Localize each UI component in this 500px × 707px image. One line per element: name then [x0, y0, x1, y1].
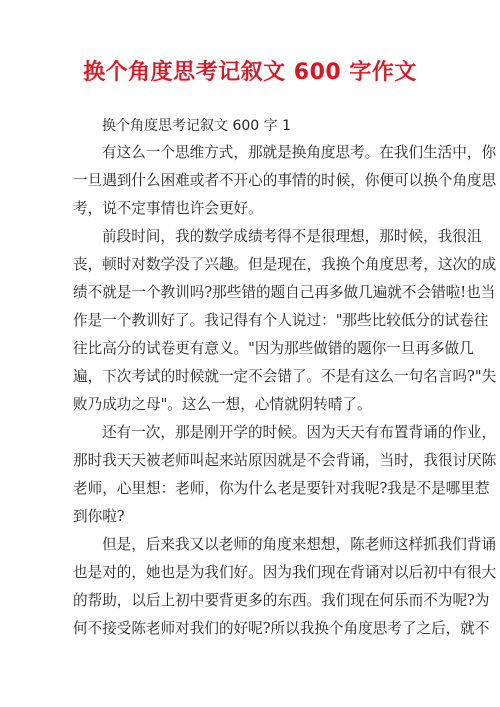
document-title: 换个角度思考记叙文 600 字作文 — [0, 55, 500, 86]
paragraph-2: 前段时间，我的数学成绩考得不是很理想，那时候，我很沮 丧，顿时对数学没了兴趣。但… — [73, 223, 435, 419]
text-line: 前段时间，我的数学成绩考得不是很理想，那时候，我很沮 — [73, 223, 435, 251]
text-line: 败乃成功之母"。这么一想，心情就阴转晴了。 — [73, 391, 435, 419]
text-line: 但是，后来我又以老师的角度来想想，陈老师这样抓我们背诵 — [73, 531, 435, 559]
text-line: 有这么一个思维方式，那就是换角度思考。在我们生活中，你 — [73, 139, 435, 167]
text-line: 那时我天天被老师叫起来站原因就是不会背诵，当时，我很讨厌陈 — [73, 447, 435, 475]
section-subtitle: 换个角度思考记叙文 600 字 1 — [73, 113, 435, 139]
text-line: 考，说不定事情也许会更好。 — [73, 195, 435, 223]
text-line: 老师，心里想：老师，你为什么老是要针对我呢?我是不是哪里惹 — [73, 475, 435, 503]
text-line: 作是一个教训好了。我记得有个人说过："那些比较低分的试卷往 — [73, 307, 435, 335]
text-line: 一旦遇到什么困难或者不开心的事情的时候，你便可以换个角度思 — [73, 167, 435, 195]
paragraph-3: 还有一次，那是刚开学的时候。因为天天有布置背诵的作业， 那时我天天被老师叫起来站… — [73, 419, 435, 531]
text-line: 也是对的，她也是为我们好。因为我们现在背诵对以后初中有很大 — [73, 559, 435, 587]
document-page: 换个角度思考记叙文 600 字作文 换个角度思考记叙文 600 字 1 有这么一… — [0, 0, 500, 707]
document-body: 换个角度思考记叙文 600 字 1 有这么一个思维方式，那就是换角度思考。在我们… — [73, 113, 435, 643]
text-line: 绩不就是一个教训吗?那些错的题自己再多做几遍就不会错啦!也当 — [73, 279, 435, 307]
text-line: 往比高分的试卷更有意义。"因为那些做错的题你一旦再多做几 — [73, 335, 435, 363]
text-line: 何不接受陈老师对我们的好呢?所以我换个角度思考了之后，就不 — [73, 615, 435, 643]
paragraph-4: 但是，后来我又以老师的角度来想想，陈老师这样抓我们背诵 也是对的，她也是为我们好… — [73, 531, 435, 643]
text-line: 遍，下次考试的时候就一定不会错了。不是有这么一句名言吗?"失 — [73, 363, 435, 391]
text-line: 丧，顿时对数学没了兴趣。但是现在，我换个角度思考，这次的成 — [73, 251, 435, 279]
text-line: 还有一次，那是刚开学的时候。因为天天有布置背诵的作业， — [73, 419, 435, 447]
paragraph-1: 有这么一个思维方式，那就是换角度思考。在我们生活中，你 一旦遇到什么困难或者不开… — [73, 139, 435, 223]
text-line: 的帮助，以后上初中要背更多的东西。我们现在何乐而不为呢?为 — [73, 587, 435, 615]
text-line: 到你啦? — [73, 503, 435, 531]
